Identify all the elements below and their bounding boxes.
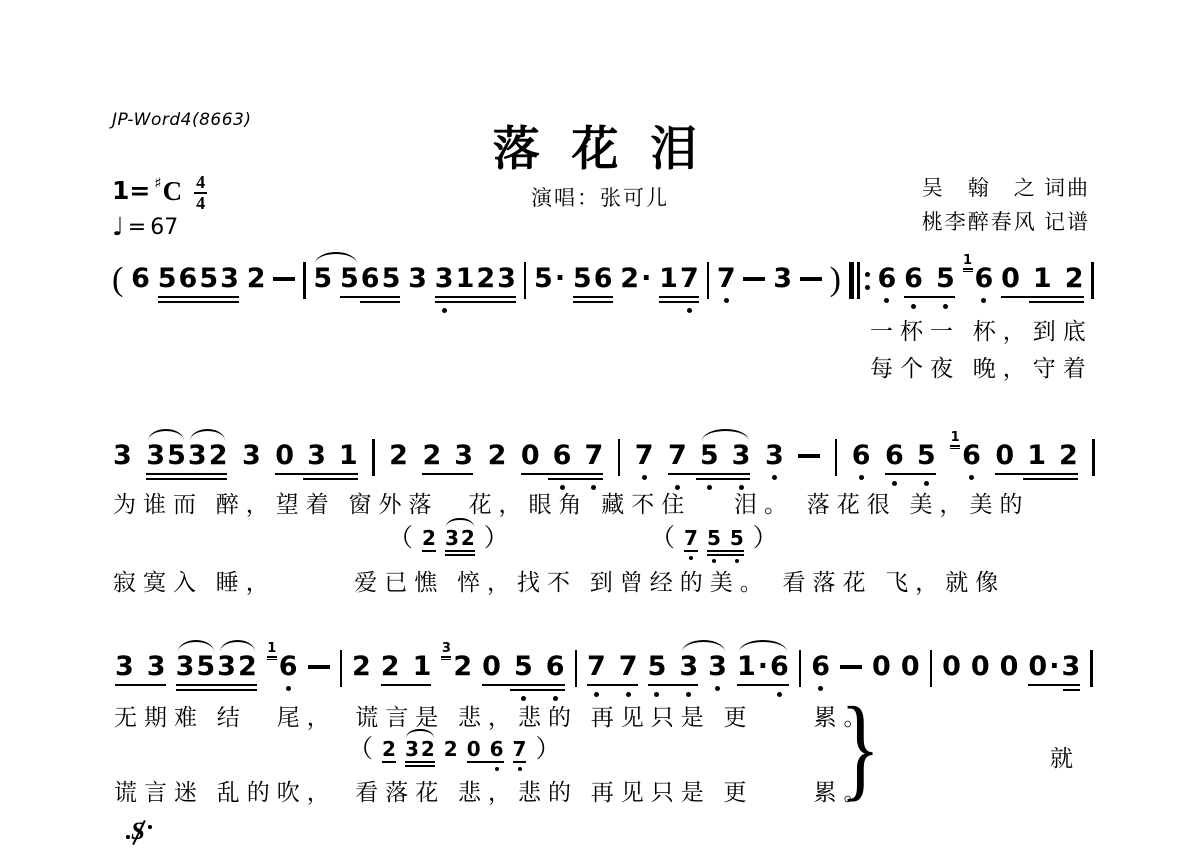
measure-dash [273, 277, 295, 281]
note-group: 2 [352, 653, 371, 680]
note-group: 3532 [176, 653, 257, 680]
music-glyph: 3123 [435, 265, 516, 292]
music-glyph [963, 268, 973, 269]
music-glyph: 2 [453, 653, 472, 680]
barline [799, 650, 802, 687]
beam-line [405, 765, 435, 767]
tempo-marking: ♩ = 67 [112, 214, 178, 240]
note-digit: 2 [422, 442, 441, 469]
music-glyph: 2 [352, 653, 371, 680]
music-glyph: 0 [971, 653, 990, 680]
low-octave-dot [969, 475, 974, 480]
beam-line [737, 684, 789, 686]
parenthesis: ） [535, 739, 560, 761]
quarter-note-icon: ♩ [112, 214, 124, 240]
music-glyph: 6 [279, 653, 298, 680]
music-glyph: 2 [488, 442, 507, 469]
note-digit: 1 [413, 653, 432, 680]
note-digit: 6 [546, 653, 565, 680]
note-digit: 5 [158, 265, 177, 292]
parenthesis: （ [388, 528, 413, 550]
music-glyph: 0 [1000, 653, 1019, 680]
music-glyph: 55 [707, 528, 744, 548]
low-octave-dot [943, 304, 948, 309]
slur-arc [220, 640, 255, 652]
music-glyph: 2· [620, 265, 651, 292]
barline [524, 262, 527, 299]
note-digit: 7 [584, 442, 603, 469]
music-glyph: 3532 [176, 653, 257, 680]
slur-arc [702, 429, 749, 441]
note-digit: 0 [1028, 653, 1047, 680]
note-digit: 3 [115, 653, 134, 680]
music-glyph: 0 [872, 653, 891, 680]
barline [372, 439, 375, 476]
note-group: 17 [659, 265, 699, 292]
note-group: 16 [963, 265, 994, 292]
note-digit: · [1049, 653, 1059, 680]
barline [1091, 262, 1094, 299]
note-group: 5653 [158, 265, 239, 292]
note-group: 3 [708, 653, 727, 680]
beam-line [707, 554, 744, 556]
note-digit: · [555, 265, 565, 292]
barline [835, 439, 838, 476]
music-glyph: 5653 [158, 265, 239, 292]
low-octave-dot [911, 304, 916, 309]
music-glyph: 1·6 [737, 653, 789, 680]
note-digit: 3 [708, 653, 727, 680]
beam-line [482, 684, 564, 686]
note-digit: 2 [620, 265, 639, 292]
low-octave-dot [642, 475, 647, 480]
slur-arc [682, 640, 725, 652]
continuation-character: 就 [1050, 740, 1073, 773]
note-digit: 6 [361, 265, 380, 292]
music-glyph: 23 [422, 442, 473, 469]
barline [618, 439, 621, 476]
beam-line [995, 473, 1077, 475]
music-line-3: 3335321622132056775331·66000000·3 [115, 653, 1093, 687]
music-glyph: 65 [885, 442, 936, 469]
lyric-row3-verse1: 无期难 结 尾， 谎言是 悲，悲的 再见只是 更 累。 [114, 699, 874, 732]
note-digit: · [758, 653, 768, 680]
note-digit: 2 [461, 528, 475, 548]
note-digit: 2 [247, 265, 266, 292]
note-group: 0·3 [1028, 653, 1080, 680]
interlude-notes-3: （2322067） [348, 739, 560, 761]
note-digit: 1 [1027, 442, 1046, 469]
key-letter: C [163, 176, 183, 206]
beam-line [381, 684, 432, 686]
beam-line [548, 478, 603, 480]
transcriber-credit: 桃李醉春风 记谱 [922, 206, 1090, 236]
time-denominator: 4 [196, 195, 205, 212]
note-group: 3 [765, 442, 784, 469]
note-group: 031 [275, 442, 357, 469]
low-octave-dot [286, 686, 291, 691]
note-group: 6 [811, 653, 830, 680]
parenthesis: ） [484, 528, 509, 550]
beam-line [587, 684, 638, 686]
music-glyph [950, 448, 960, 449]
music-glyph: 21 [381, 653, 432, 680]
time-signature: 4 4 [194, 174, 207, 212]
note-group: 33 [115, 653, 166, 680]
note-group: 2 [382, 739, 396, 759]
note-digit: 5 [534, 265, 553, 292]
note-digit: 3 [113, 442, 132, 469]
note-group: 32 [445, 528, 475, 548]
note-group: 067 [521, 442, 603, 469]
beam-line [684, 550, 698, 552]
beam-line [176, 684, 257, 686]
composer-credit: 吴 翰 之 词曲 [922, 172, 1090, 202]
slur-arc [148, 429, 184, 441]
beam-line [382, 761, 396, 763]
music-glyph: 3 [408, 265, 427, 292]
beam-line [445, 550, 475, 552]
low-octave-dot [724, 298, 729, 303]
note-digit: 3 [147, 653, 166, 680]
tempo-bpm: 67 [150, 215, 178, 240]
beam-line [360, 301, 400, 303]
note-digit: 7 [619, 653, 638, 680]
note-group: 55 [707, 528, 744, 548]
music-glyph [865, 272, 870, 277]
music-glyph [950, 445, 960, 446]
note-group: 3 [113, 442, 132, 469]
note-group: 0 [1000, 653, 1019, 680]
measure-dash [743, 277, 765, 281]
grace-note: 1 [950, 431, 960, 449]
segno-dot [126, 835, 130, 839]
note-digit: 3 [176, 653, 195, 680]
measure-dash [308, 665, 330, 669]
music-glyph [865, 285, 870, 290]
beam-line [1001, 296, 1083, 298]
low-octave-dot [772, 475, 777, 480]
music-glyph: 3 [442, 642, 451, 655]
music-glyph: 3 [113, 442, 132, 469]
beam-line [435, 301, 516, 303]
note-digit: 6 [131, 265, 150, 292]
note-digit: 7 [684, 528, 698, 548]
note-group: 3 [242, 442, 261, 469]
note-digit: 0 [467, 739, 481, 759]
barline [575, 650, 578, 687]
note-digit: 6 [553, 442, 572, 469]
note-digit: 2 [238, 653, 257, 680]
note-digit: 3 [497, 265, 516, 292]
lyric-row1-verse1: 一杯一 杯，到底 [870, 313, 1093, 346]
slur-arc [190, 429, 225, 441]
note-group: 2 [444, 739, 458, 759]
note-group: 0 [971, 653, 990, 680]
note-group: 65 [904, 265, 955, 292]
low-octave-dot [442, 308, 447, 313]
note-digit: 2 [352, 653, 371, 680]
note-digit: 2 [389, 442, 408, 469]
music-glyph: 3 [765, 442, 784, 469]
note-digit: 7 [587, 653, 606, 680]
music-glyph [267, 656, 277, 657]
music-glyph: 6 [975, 265, 994, 292]
note-digit: 6 [811, 653, 830, 680]
note-digit: 3 [732, 442, 751, 469]
music-glyph [441, 656, 451, 657]
note-digit: 6 [975, 265, 994, 292]
note-digit: 7 [717, 265, 736, 292]
music-glyph: 2 [422, 528, 436, 548]
note-digit: 7 [513, 739, 527, 759]
note-group: 6 [852, 442, 871, 469]
note-digit: 5 [936, 265, 955, 292]
note-digit: 2 [488, 442, 507, 469]
note-digit: 0 [901, 653, 920, 680]
music-glyph: 3 [242, 442, 261, 469]
beam-line [176, 689, 257, 691]
beam-line [1023, 478, 1078, 480]
beam-line [422, 550, 436, 552]
music-glyph: 031 [275, 442, 357, 469]
note-group: 2 [422, 528, 436, 548]
low-octave-dot [981, 298, 986, 303]
note-digit: 5 [573, 265, 592, 292]
beam-line [467, 761, 504, 763]
note-digit: 5 [730, 528, 744, 548]
note-group: 32 [441, 653, 472, 680]
note-digit: 1 [659, 265, 678, 292]
barline [340, 650, 343, 687]
note-digit: 0 [971, 653, 990, 680]
note-group: 7 [684, 528, 698, 548]
beam-line [573, 301, 613, 303]
music-glyph: 32 [405, 739, 435, 759]
music-glyph: 1 [963, 254, 972, 267]
tempo-equals: = [128, 215, 146, 240]
note-digit: 6 [770, 653, 789, 680]
low-octave-dot [626, 692, 631, 697]
barline [1090, 650, 1093, 687]
note-group: 23 [422, 442, 473, 469]
note-digit: 3 [188, 442, 207, 469]
music-glyph [849, 262, 854, 299]
beam-line [340, 296, 400, 298]
note-group: 6 [878, 265, 897, 292]
beam-line [648, 684, 699, 686]
note-group: 21 [381, 653, 432, 680]
time-numerator: 4 [196, 174, 205, 191]
note-digit: 2 [422, 528, 436, 548]
beam-line [707, 550, 744, 552]
beam-line [885, 473, 936, 475]
measure-dash [798, 454, 820, 458]
repeat-start-sign [849, 262, 870, 299]
slur-arc [178, 640, 214, 652]
low-octave-dot [735, 559, 739, 563]
beam-line [422, 473, 473, 475]
note-group: 6 [131, 265, 150, 292]
note-digit: 1 [1033, 265, 1052, 292]
parenthesis: ( [112, 265, 123, 295]
note-group: 0 [901, 653, 920, 680]
note-group: 1·6 [737, 653, 789, 680]
note-digit: 3 [679, 653, 698, 680]
note-digit: 0 [942, 653, 961, 680]
note-digit: 3 [217, 653, 236, 680]
parenthesis: （ [348, 739, 373, 761]
note-digit: 3 [146, 442, 165, 469]
lyric-row3-verse2: 谎言迷 乱的吹， 看落花 悲，悲的 再见只是 更 累。 [114, 774, 874, 807]
low-octave-dot [654, 692, 659, 697]
music-glyph: 0 [942, 653, 961, 680]
measure-dash [840, 665, 862, 669]
music-glyph: 6 [878, 265, 897, 292]
note-digit: 2 [453, 653, 472, 680]
note-digit: 0 [1000, 653, 1019, 680]
music-glyph: 7 [635, 442, 654, 469]
note-digit: 2 [476, 265, 495, 292]
note-digit: 3 [445, 528, 459, 548]
interlude-notes-1: （232） [388, 528, 509, 550]
key-prefix: 1= [112, 176, 150, 206]
note-digit: 5 [340, 265, 359, 292]
note-group: 56 [573, 265, 613, 292]
note-digit: 2 [444, 739, 458, 759]
music-glyph [441, 659, 451, 660]
low-octave-dot [689, 556, 693, 560]
music-glyph: 33 [115, 653, 166, 680]
music-glyph: 5· [534, 265, 565, 292]
beam-line [445, 554, 475, 556]
parenthesis: ) [830, 265, 841, 295]
beam-line [158, 301, 239, 303]
note-digit: 2 [1065, 265, 1084, 292]
lyric-row1-verse2: 每个夜 晚，守着 [870, 350, 1093, 383]
note-group: 012 [995, 442, 1077, 469]
grace-note: 1 [267, 642, 277, 660]
music-glyph: 7 [513, 739, 527, 759]
music-glyph: 067 [521, 442, 603, 469]
music-glyph: 056 [482, 653, 564, 680]
low-octave-dot [594, 692, 599, 697]
music-glyph: 753 [668, 442, 750, 469]
note-digit: 5 [514, 653, 533, 680]
music-glyph [963, 271, 973, 272]
parenthesis: ） [753, 528, 778, 550]
note-digit: 3 [405, 739, 419, 759]
grace-note: 1 [963, 254, 973, 272]
note-digit: 6 [594, 265, 613, 292]
note-group: 16 [950, 442, 981, 469]
music-glyph: 06 [467, 739, 504, 759]
low-octave-dot [859, 475, 864, 480]
note-group: 7 [635, 442, 654, 469]
note-digit: 5 [382, 265, 401, 292]
note-digit: 6 [490, 739, 504, 759]
music-glyph: 65 [904, 265, 955, 292]
note-digit: 5 [199, 265, 218, 292]
low-octave-dot [715, 686, 720, 691]
note-digit: 3 [435, 265, 454, 292]
note-group: 32 [405, 739, 435, 759]
music-glyph: 2 [389, 442, 408, 469]
note-group: 06 [467, 739, 504, 759]
low-octave-dot [777, 692, 782, 697]
note-digit: 2 [1059, 442, 1078, 469]
music-glyph: 1 [267, 642, 276, 655]
beam-line [696, 478, 751, 480]
note-digit: 5 [167, 442, 186, 469]
low-octave-dot [712, 559, 716, 563]
music-glyph: 012 [1001, 265, 1083, 292]
beam-line [1063, 689, 1080, 691]
note-group: 77 [587, 653, 638, 680]
music-glyph: 6 [962, 442, 981, 469]
beam-line [1028, 684, 1080, 686]
barline [707, 262, 710, 299]
note-digit: 7 [668, 442, 687, 469]
note-digit: 0 [482, 653, 501, 680]
note-digit: 6 [279, 653, 298, 680]
note-group: 3532 [146, 442, 227, 469]
beam-line [405, 761, 435, 763]
beam-line [275, 473, 357, 475]
note-digit: 0 [521, 442, 540, 469]
note-digit: 0 [995, 442, 1014, 469]
note-digit: 3 [220, 265, 239, 292]
sharp-icon: ♯ [154, 176, 161, 191]
beam-line [146, 473, 227, 475]
beam-line [573, 296, 613, 298]
measure-dash [800, 277, 822, 281]
music-glyph: 7 [684, 528, 698, 548]
note-group: 012 [1001, 265, 1083, 292]
music-glyph: 012 [995, 442, 1077, 469]
music-glyph: 32 [445, 528, 475, 548]
note-digit: 2 [381, 653, 400, 680]
note-digit: 5 [700, 442, 719, 469]
song-title: 落 花 泪 [0, 112, 1200, 179]
beam-line [668, 473, 750, 475]
note-group: 5 [313, 265, 332, 292]
note-group: 0 [872, 653, 891, 680]
note-group: 7 [717, 265, 736, 292]
note-digit: 1 [456, 265, 475, 292]
note-group: 2 [389, 442, 408, 469]
low-octave-dot [495, 767, 499, 771]
note-group: 2· [620, 265, 651, 292]
music-glyph: 56 [573, 265, 613, 292]
low-octave-dot [687, 308, 692, 313]
barline [930, 650, 933, 687]
note-digit: 0 [275, 442, 294, 469]
note-digit: 6 [904, 265, 923, 292]
repeat-dots [865, 272, 870, 290]
key-signature: 1= ♯ C 4 4 [112, 176, 207, 212]
note-digit: 0 [872, 653, 891, 680]
note-group: 3123 [435, 265, 516, 292]
music-line-2: 33532303122320677753366516012 [113, 442, 1095, 476]
note-group: 3 [408, 265, 427, 292]
note-digit: 6 [852, 442, 871, 469]
note-digit: 5 [313, 265, 332, 292]
note-group: 3 [773, 265, 792, 292]
verse-brace: } [840, 690, 880, 806]
sheet-music-page: JP-Word4(8663) 落 花 泪 演唱：张可儿 吴 翰 之 词曲 桃李醉… [0, 0, 1200, 850]
note-group: 2 [488, 442, 507, 469]
